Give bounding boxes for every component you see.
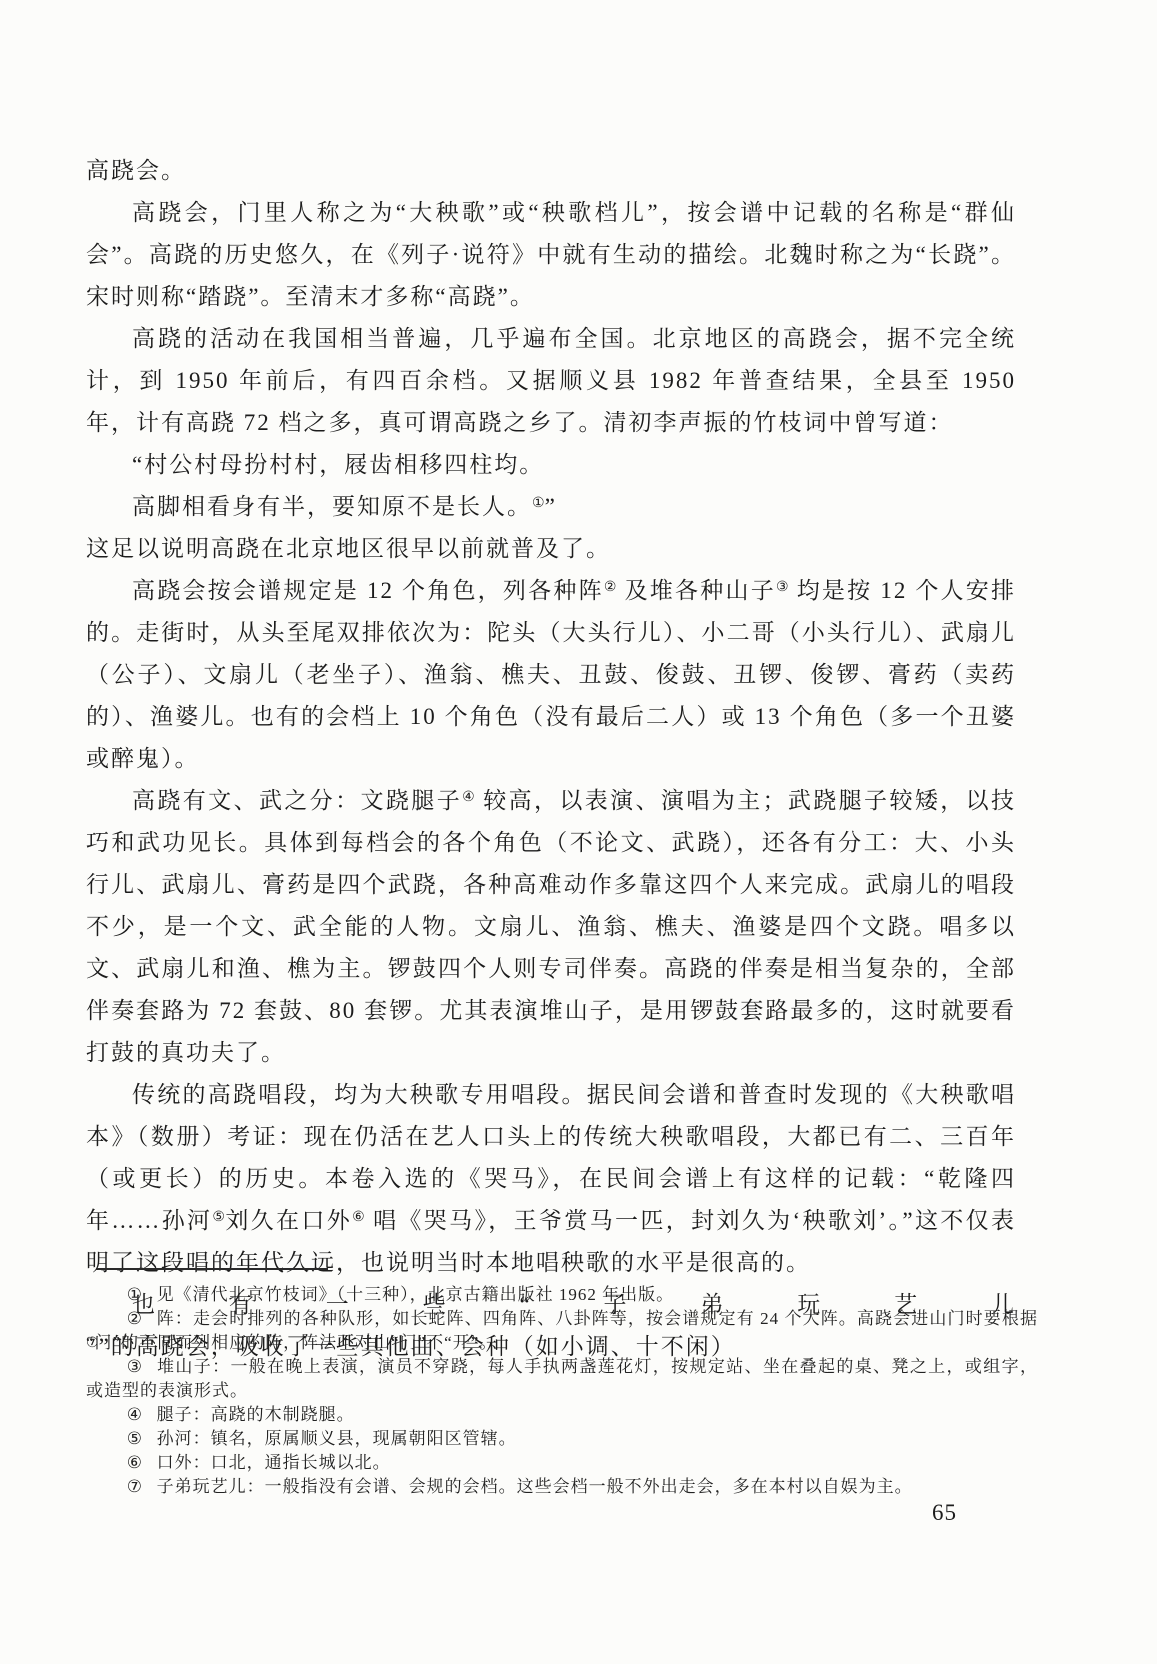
paragraph: 高跷的活动在我国相当普遍，几乎遍布全国。北京地区的高跷会，据不完全统计，到 19… — [86, 318, 1016, 444]
footnote-item: ④腿子：高跷的木制跷腿。 — [86, 1403, 1038, 1427]
page-number: 65 — [932, 1500, 957, 1526]
text-run: 高跷会。 — [86, 158, 186, 183]
footnote-text: 阵：走会时排列的各种队形，如长蛇阵、四角阵、八卦阵等，按会谱规定有 24 个大阵… — [86, 1309, 1038, 1352]
footnote-ref: ⑤ — [212, 1210, 225, 1225]
text-run: 这足以说明高跷在北京地区很早以前就普及了。 — [86, 536, 611, 561]
footnote-marker: ② — [127, 1309, 143, 1328]
footnote-item: ①见《清代北京竹枝词》（十三种），北京古籍出版社 1962 年出版。 — [86, 1283, 1038, 1307]
paragraph: 高跷会，门里人称之为“大秧歌”或“秧歌档儿”，按会谱中记载的名称是“群仙会”。高… — [86, 192, 1016, 318]
text-run: 高跷会，门里人称之为“大秧歌”或“秧歌档儿”，按会谱中记载的名称是“群仙会”。高… — [86, 200, 1016, 309]
text-run: 高脚相看身有半，要知原不是长人。 — [132, 494, 532, 519]
footnote-marker: ⑥ — [127, 1453, 143, 1472]
footnote-text: 堆山子：一般在晚上表演，演员不穿跷，每人手执两盏莲花灯，按规定站、坐在叠起的桌、… — [86, 1357, 1038, 1400]
text-run: 及堆各种山子 — [617, 578, 776, 603]
text-run: 刘久在口外 — [225, 1208, 352, 1233]
text-run: ” — [545, 494, 557, 519]
text-run: 均是按 12 个人安排的。走街时，从头至尾双排依次为：陀头（大头行儿）、小二哥（… — [86, 578, 1016, 771]
footnote-text: 腿子：高跷的木制跷腿。 — [157, 1405, 355, 1424]
footnote-text: 口外：口北，通指长城以北。 — [157, 1453, 391, 1472]
footnote-ref: ② — [604, 580, 617, 595]
footnote-marker: ⑤ — [127, 1429, 143, 1448]
book-page: 高跷会。高跷会，门里人称之为“大秧歌”或“秧歌档儿”，按会谱中记载的名称是“群仙… — [0, 0, 1157, 1664]
footnote-item: ⑤孙河：镇名，原属顺义县，现属朝阳区管辖。 — [86, 1427, 1038, 1451]
text-run: 高跷的活动在我国相当普遍，几乎遍布全国。北京地区的高跷会，据不完全统计，到 19… — [86, 326, 1016, 435]
paragraph: 传统的高跷唱段，均为大秧歌专用唱段。据民间会谱和普查时发现的《大秧歌唱本》（数册… — [86, 1074, 1016, 1284]
paragraph: 高跷会按会谱规定是 12 个角色，列各种阵② 及堆各种山子③ 均是按 12 个人… — [86, 570, 1016, 780]
footnotes: ①见《清代北京竹枝词》（十三种），北京古籍出版社 1962 年出版。②阵：走会时… — [86, 1283, 1038, 1499]
footnote-item: ③堆山子：一般在晚上表演，演员不穿跷，每人手执两盏莲花灯，按规定站、坐在叠起的桌… — [86, 1355, 1038, 1403]
footnote-item: ②阵：走会时排列的各种队形，如长蛇阵、四角阵、八卦阵等，按会谱规定有 24 个大… — [86, 1307, 1038, 1355]
footnote-marker: ① — [127, 1285, 143, 1304]
footnote-ref: ① — [532, 496, 545, 511]
footnote-item: ⑥口外：口北，通指长城以北。 — [86, 1451, 1038, 1475]
paragraph: 高跷会。 — [86, 150, 1016, 192]
footnote-marker: ⑦ — [127, 1477, 143, 1496]
footnote-text: 见《清代北京竹枝词》（十三种），北京古籍出版社 1962 年出版。 — [157, 1285, 675, 1304]
text-run: 较高，以表演、演唱为主；武跷腿子较矮，以技巧和武功见长。具体到每档会的各个角色（… — [86, 788, 1016, 1065]
text-run: 高跷会按会谱规定是 12 个角色，列各种阵 — [132, 578, 604, 603]
footnote-item: ⑦子弟玩艺儿：一般指没有会谱、会规的会档。这些会档一般不外出走会，多在本村以自娱… — [86, 1475, 1038, 1499]
text-run: 高跷有文、武之分：文跷腿子 — [132, 788, 462, 813]
paragraph: 高跷有文、武之分：文跷腿子④ 较高，以表演、演唱为主；武跷腿子较矮，以技巧和武功… — [86, 780, 1016, 1074]
footnote-marker: ③ — [127, 1357, 144, 1376]
text-run: “村公村母扮村村，屐齿相移四柱均。 — [132, 452, 544, 477]
footnote-text: 孙河：镇名，原属顺义县，现属朝阳区管辖。 — [157, 1429, 517, 1448]
footnote-ref: ④ — [462, 790, 475, 805]
main-text: 高跷会。高跷会，门里人称之为“大秧歌”或“秧歌档儿”，按会谱中记载的名称是“群仙… — [86, 150, 1016, 1368]
poem-line: “村公村母扮村村，屐齿相移四柱均。 — [86, 444, 1016, 486]
footnote-text: 子弟玩艺儿：一般指没有会谱、会规的会档。这些会档一般不外出走会，多在本村以自娱为… — [157, 1477, 913, 1496]
paragraph: 这足以说明高跷在北京地区很早以前就普及了。 — [86, 528, 1016, 570]
footnote-ref: ⑥ — [352, 1210, 365, 1225]
footnote-marker: ④ — [127, 1405, 143, 1424]
poem-line: 高脚相看身有半，要知原不是长人。①” — [86, 486, 1016, 528]
footnote-separator — [96, 1268, 328, 1270]
footnote-ref: ③ — [776, 580, 789, 595]
